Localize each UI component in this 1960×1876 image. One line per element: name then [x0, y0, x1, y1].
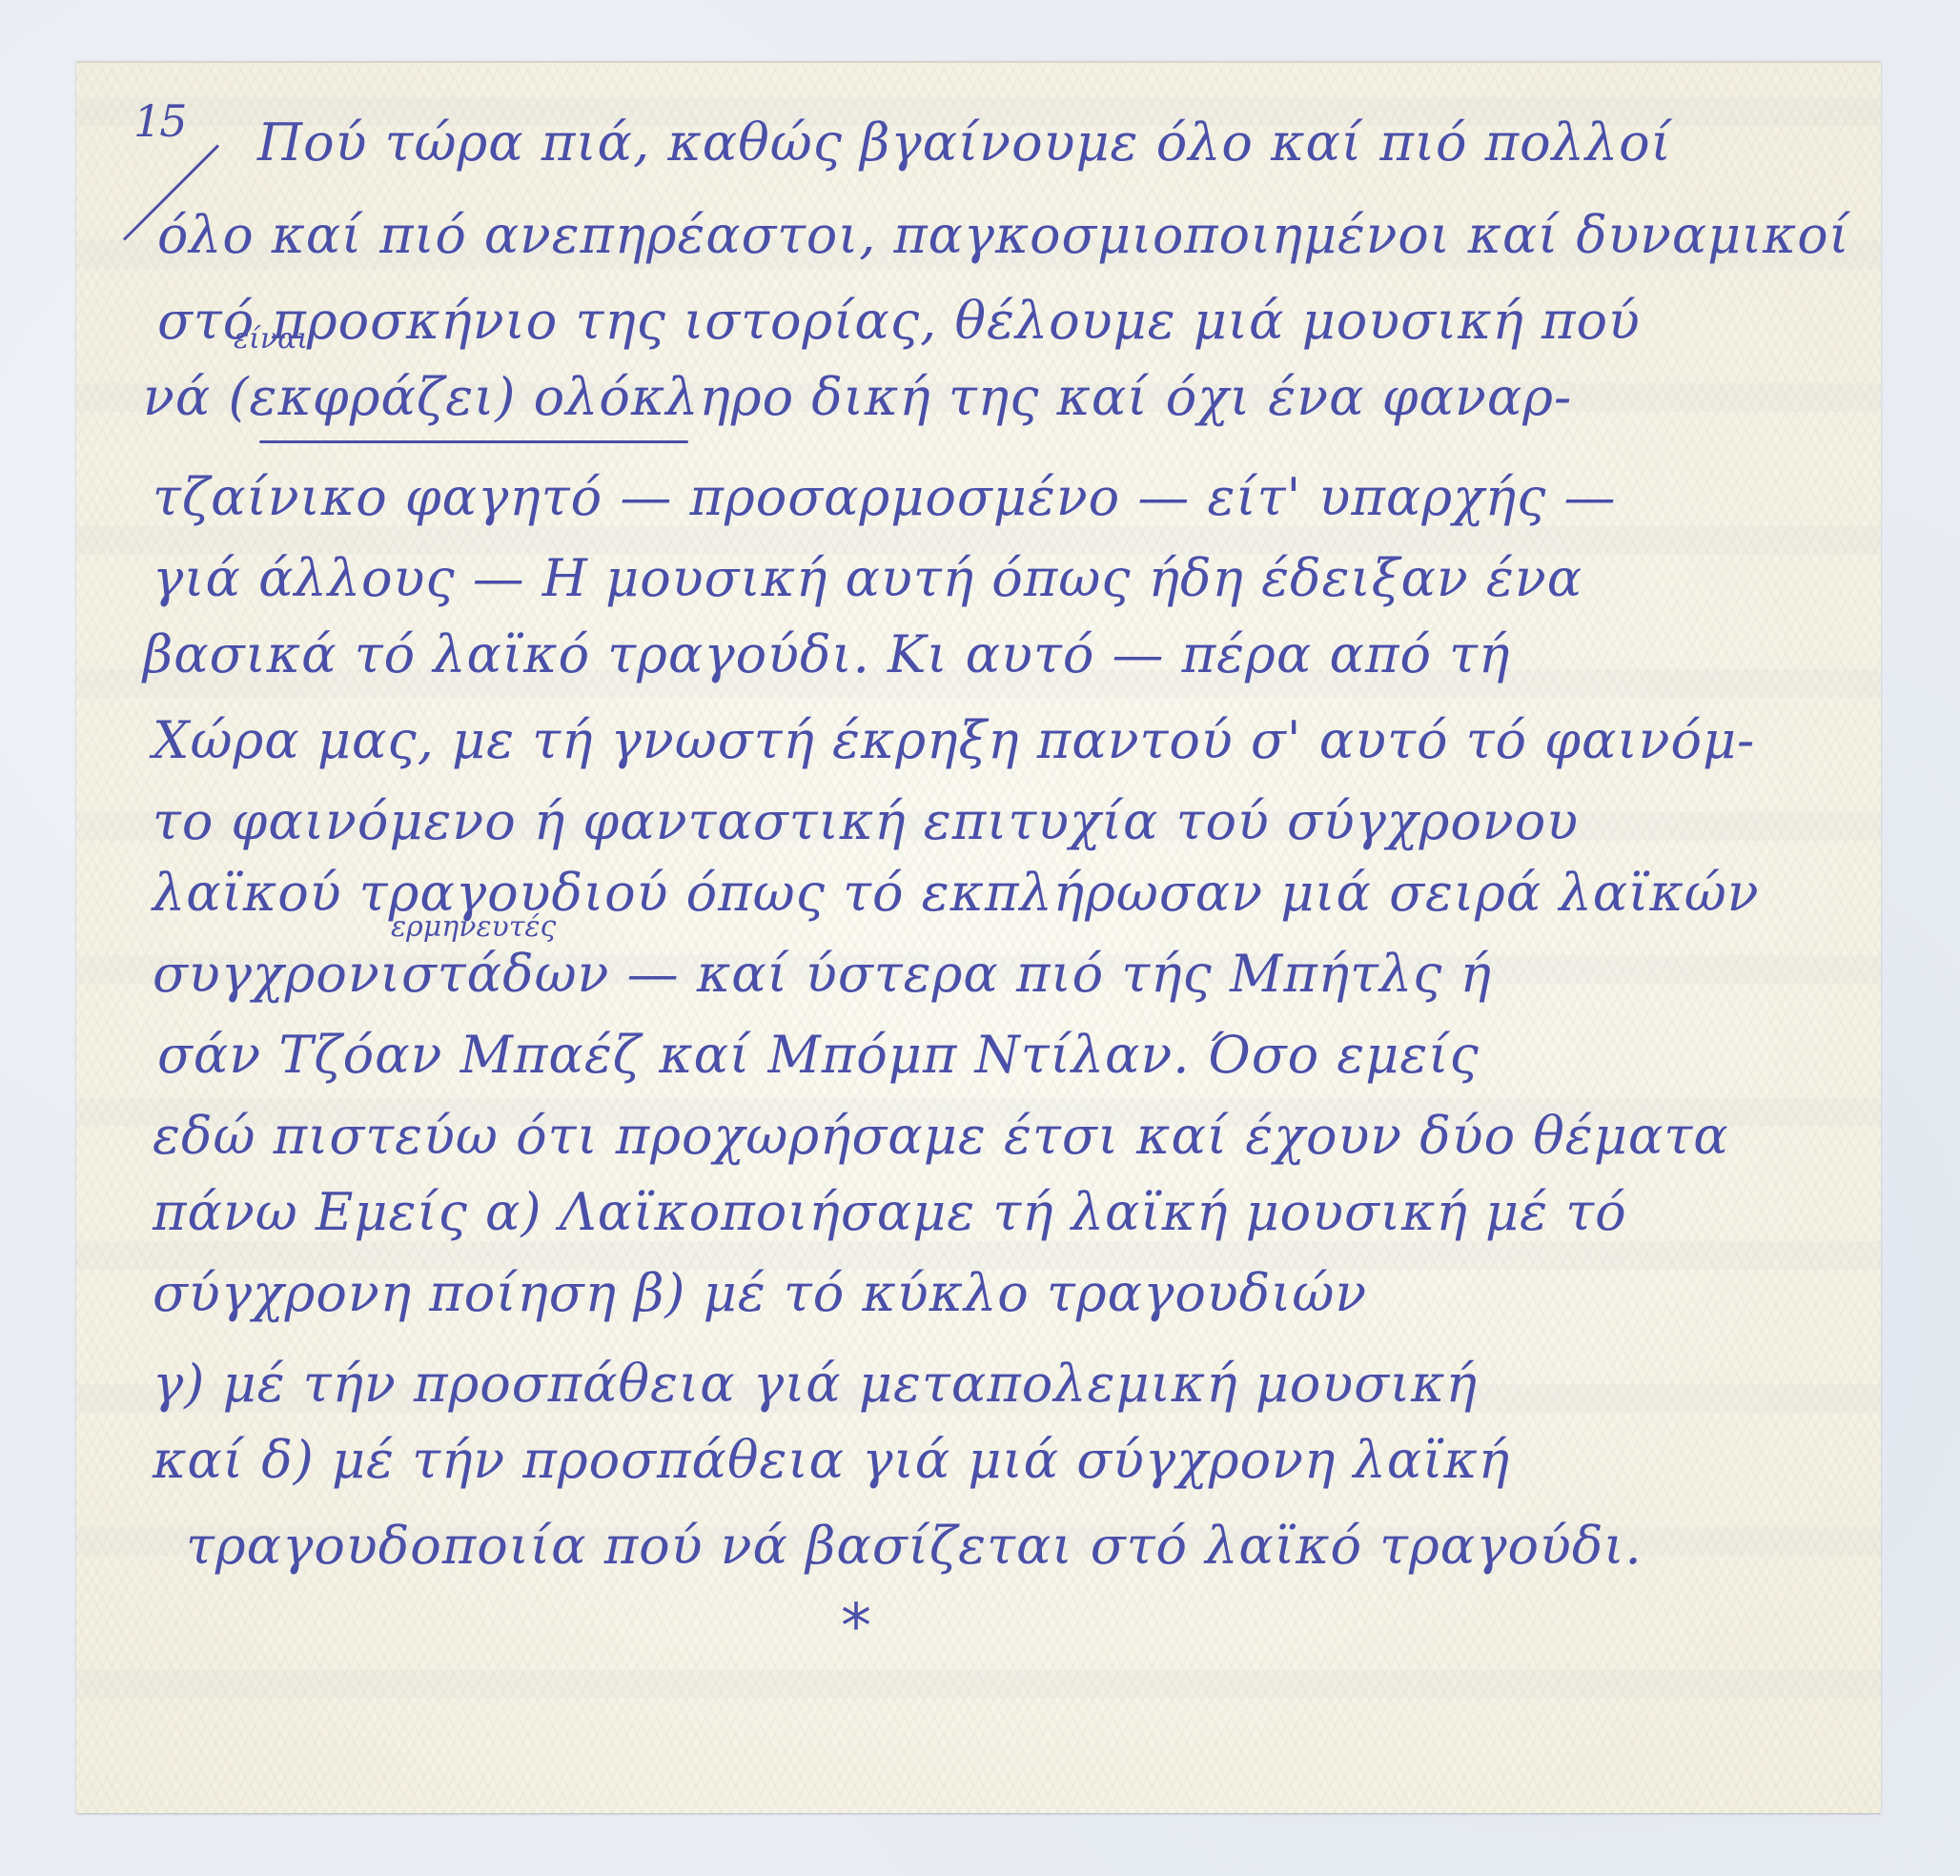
page-number: 15 [133, 95, 186, 147]
manuscript-line-17: καί δ) μέ τήν προσπάθεια γιά μιά σύγχρον… [153, 1430, 1510, 1490]
manuscript-line-12: σάν Τζόαν Μπαέζ καί Μπόμπ Ντίλαν. Όσο εμ… [157, 1025, 1480, 1085]
manuscript-line-1: Πού τώρα πιά, καθώς βγαίνουμε όλο καί πι… [257, 112, 1672, 173]
manuscript-line-7: βασικά τό λαϊκό τραγούδι. Κι αυτό — πέρα… [143, 624, 1510, 684]
manuscript-line-14: πάνω Εμείς α) Λαϊκοποιήσαμε τή λαϊκή μου… [153, 1182, 1627, 1242]
manuscript-line-2: όλο καί πιό ανεπηρέαστοι, παγκοσμιοποιημ… [157, 205, 1850, 265]
insertion-above-line-11: ερμηνευτές [391, 910, 556, 944]
manuscript-line-15: σύγχρονη ποίηση β) μέ τό κύκλο τραγουδιώ… [153, 1263, 1367, 1323]
manuscript-line-13: εδώ πιστεύω ότι προχωρήσαμε έτσι καί έχο… [153, 1106, 1729, 1166]
manuscript-line-4: νά (εκφράζει) ολόκληρο δική της καί όχι … [143, 367, 1572, 427]
end-asterisk-mark: * [841, 1592, 871, 1662]
manuscript-line-16: γ) μέ τήν προσπάθεια γιά μεταπολεμική μο… [153, 1354, 1478, 1414]
manuscript-line-6: γιά άλλους — Η μουσική αυτή όπως ήδη έδε… [153, 548, 1582, 608]
manuscript-line-5: τζαίνικο φαγητό — προσαρμοσμένο — είτ' υ… [153, 467, 1617, 527]
manuscript-line-18: τραγουδοποιία πού νά βασίζεται στό λαϊκό… [186, 1516, 1643, 1576]
manuscript-line-3: στό προσκήνιο της ιστορίας, θέλουμε μιά … [157, 291, 1641, 351]
manuscript-line-11: συγχρονιστάδων — καί ύστερα πιό τής Μπήτ… [153, 944, 1492, 1004]
insertion-above-line-4: είναι [234, 322, 308, 356]
manuscript-line-9: το φαινόμενο ή φανταστική επιτυχία τού σ… [153, 791, 1579, 851]
manuscript-line-8: Χώρα μας, με τή γνωστή έκρηξη παντού σ' … [153, 710, 1755, 770]
underline-stroke [259, 440, 688, 443]
